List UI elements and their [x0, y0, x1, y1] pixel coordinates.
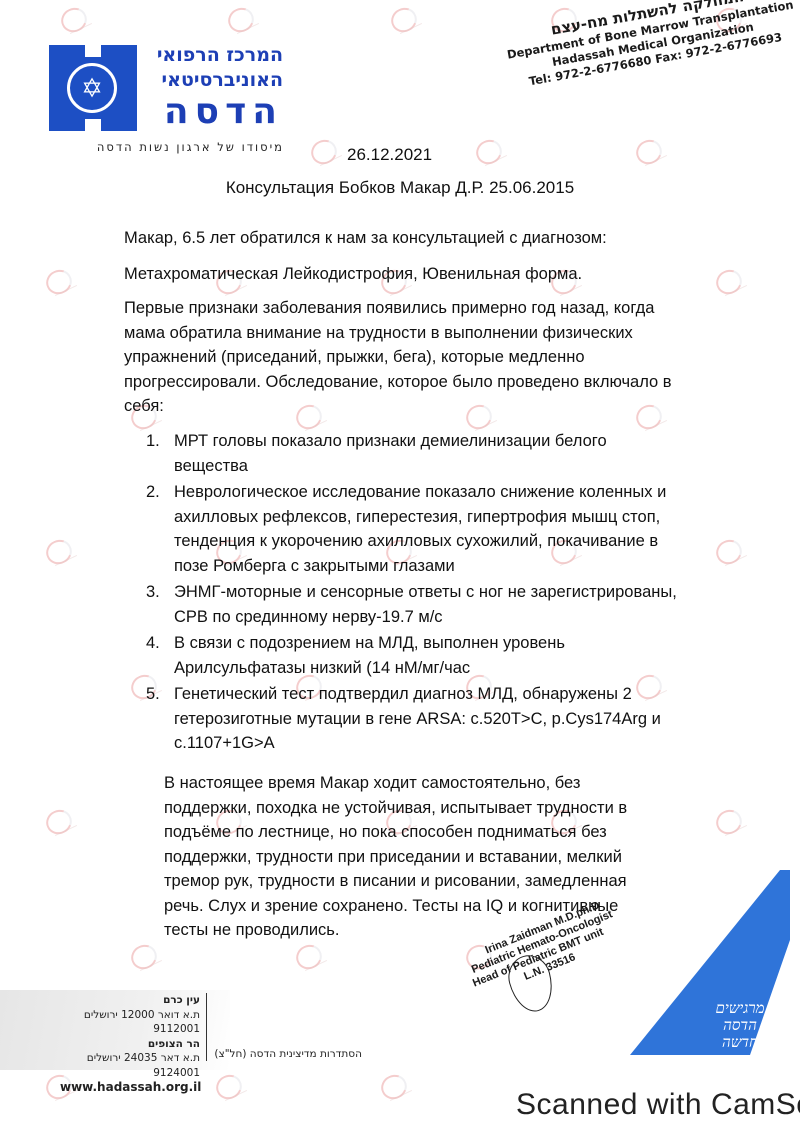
- star-of-david-icon: ✡: [67, 63, 117, 113]
- address-campus-2: הר הצופים: [60, 1037, 200, 1052]
- hospital-name: המרכז הרפואי האוניברסיטאי הדסה: [143, 43, 283, 131]
- list-item: 4. В связи с подозрением на МЛД, выполне…: [124, 631, 684, 680]
- list-item-text: Генетический тест подтвердил диагноз МЛД…: [174, 685, 661, 752]
- list-item-number: 5.: [146, 682, 160, 707]
- watermark-icon: [375, 1075, 409, 1101]
- diagnosis-paragraph: Метахроматическая Лейкодистрофия, Ювенил…: [124, 262, 684, 286]
- address-postal-1: ת.א דואר 12000 ירושלים 9112001: [60, 1008, 200, 1037]
- list-item-number: 1.: [146, 429, 160, 454]
- list-item: 1. МРТ головы показало признаки демиелин…: [124, 429, 684, 478]
- list-item: 5. Генетический тест подтвердил диагноз …: [124, 682, 684, 756]
- list-item-text: В связи с подозрением на МЛД, выполнен у…: [174, 634, 565, 677]
- watermark-icon: [290, 945, 324, 971]
- history-paragraph: Первые признаки заболевания появились пр…: [124, 296, 684, 419]
- department-stamp: המחלקה להשתלות מח-עצם Department of Bone…: [498, 0, 800, 93]
- watermark-icon: [40, 540, 74, 566]
- document-date: 26.12.2021: [347, 145, 432, 165]
- watermark-icon: [710, 270, 744, 296]
- scan-watermark-text: Scanned with CamSca: [516, 1088, 800, 1122]
- watermark-icon: [222, 8, 256, 34]
- ribbon-line2: הדסה: [700, 1017, 780, 1034]
- footer-divider: [206, 993, 207, 1061]
- watermark-icon: [630, 140, 664, 166]
- website-link[interactable]: www.hadassah.org.il: [60, 1080, 200, 1095]
- list-item-number: 4.: [146, 631, 160, 656]
- watermark-icon: [470, 140, 504, 166]
- watermark-icon: [710, 810, 744, 836]
- findings-list: 1. МРТ головы показало признаки демиелин…: [124, 429, 684, 758]
- hospital-name-line3: הדסה: [143, 93, 283, 131]
- list-item-text: Неврологическое исследование показало сн…: [174, 483, 666, 575]
- list-item-text: ЭНМГ-моторные и сенсорные ответы с ног н…: [174, 583, 677, 626]
- hadassah-h-emblem-icon: ✡: [49, 45, 137, 131]
- document-title: Консультация Бобков Макар Д.Р. 25.06.201…: [0, 178, 800, 198]
- ribbon-slogan: מרגישים הדסה חדשה: [700, 1000, 780, 1051]
- list-item-number: 2.: [146, 480, 160, 505]
- watermark-icon: [40, 810, 74, 836]
- ribbon-line1: מרגישים: [700, 1000, 780, 1017]
- watermark-icon: [305, 140, 339, 166]
- watermark-icon: [710, 540, 744, 566]
- watermark-icon: [40, 270, 74, 296]
- watermark-icon: [385, 8, 419, 34]
- list-item-text: МРТ головы показало признаки демиелиниза…: [174, 432, 607, 475]
- ribbon-line3: חדשה: [700, 1034, 780, 1051]
- footer-organization: הסתדרות מדיצינית הדסה (חל"צ): [212, 1048, 362, 1060]
- list-item-number: 3.: [146, 580, 160, 605]
- address-campus-1: עין כרם: [60, 993, 200, 1008]
- list-item: 2. Неврологическое исследование показало…: [124, 480, 684, 578]
- address-postal-2: ת.א דאר 24035 ירושלים 9124001: [60, 1051, 200, 1080]
- watermark-icon: [125, 945, 159, 971]
- hospital-name-line1: המרכז הרפואי: [143, 43, 283, 68]
- watermark-icon: [210, 1075, 244, 1101]
- intro-paragraph: Макар, 6.5 лет обратился к нам за консул…: [124, 226, 684, 250]
- watermark-icon: [55, 8, 89, 34]
- footer-address: עין כרם ת.א דואר 12000 ירושלים 9112001 ה…: [60, 993, 200, 1095]
- list-item: 3. ЭНМГ-моторные и сенсорные ответы с но…: [124, 580, 684, 629]
- document-page: ✡ המרכז הרפואי האוניברסיטאי הדסה מיסודו …: [0, 0, 800, 1132]
- hospital-tagline: מיסודו של ארגון נשות הדסה: [49, 140, 284, 154]
- hospital-name-line2: האוניברסיטאי: [143, 68, 283, 93]
